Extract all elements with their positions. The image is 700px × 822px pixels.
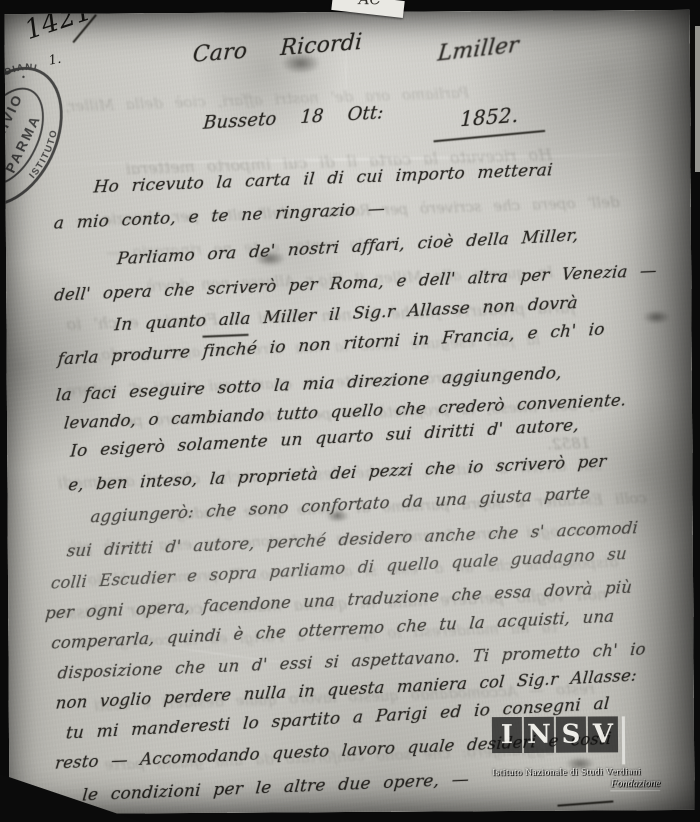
insv-letter-tile: N [524, 717, 554, 753]
right-edge-paper-sliver [695, 26, 700, 172]
insv-letter-tile: V [588, 716, 618, 752]
stamp-outer-oval [5, 51, 83, 222]
insv-letter: V [593, 719, 613, 749]
letter-line: Parliamo ora de' nostri affari, cioè del… [116, 226, 579, 270]
letter-salutation: Caro Ricordi [192, 30, 363, 68]
year-underline [433, 130, 545, 142]
ink-smudge [642, 310, 670, 324]
insv-divider-bar [622, 716, 625, 764]
insv-letter: S [561, 720, 580, 750]
recipient-annotation: Lmiller [437, 32, 521, 66]
manuscript-page: Parliamo ora de' nostri affari, cioè del… [5, 10, 695, 814]
bleed-through-year: 1852. [547, 434, 591, 453]
dateline-year: 1852. [460, 103, 519, 132]
stamp-dot: • [18, 73, 28, 80]
miller-underline [203, 334, 249, 337]
insv-letter: I [501, 720, 513, 750]
ink-smudge [254, 250, 286, 266]
insv-letter-row: I N S V [492, 716, 695, 765]
letter-line: le condizioni per le altre due opere, — [82, 770, 470, 806]
insv-letter-tile: S [556, 717, 586, 753]
insv-letter-tile: I [492, 717, 522, 753]
watermark-tagline: Fondazione [492, 778, 660, 790]
scanned-letter-photo: Parliamo ora de' nostri affari, cioè del… [0, 0, 700, 822]
watermark-subtitle: Istituto Nazionale di Studi Verdiani [492, 767, 694, 778]
ink-smudge [281, 52, 321, 74]
insv-watermark: I N S V Istituto Nazionale di Studi Verd… [492, 716, 695, 790]
closing-underline [557, 800, 613, 806]
ink-smudge [326, 510, 350, 522]
insv-letter: N [527, 720, 551, 750]
letter-line: a mio conto, e te ne ringrazio — [53, 199, 386, 234]
stamp-dot: • [5, 190, 8, 199]
top-edge-label-text: AC [359, 0, 381, 8]
